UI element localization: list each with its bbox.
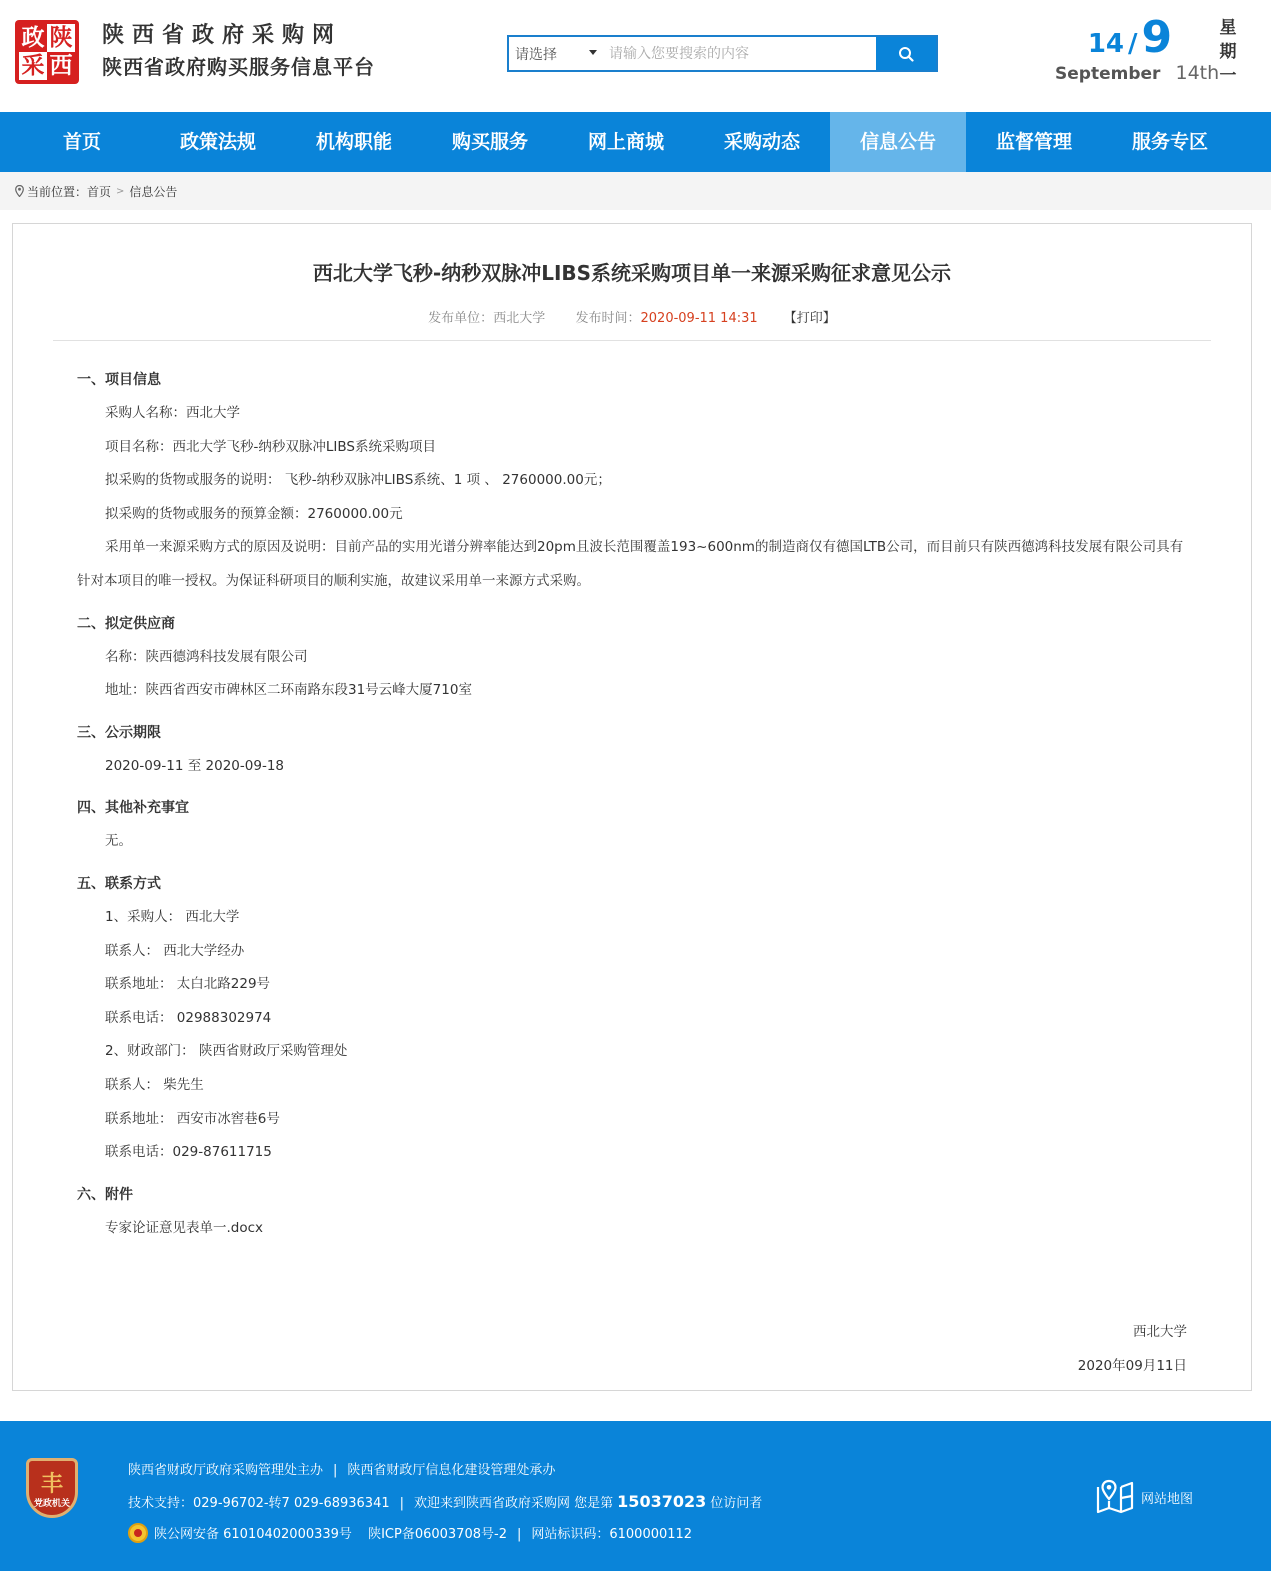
police-record-link[interactable]: 陕公网安备 61010402000339号 <box>154 1527 352 1542</box>
text-line: 拟采购的货物或服务的说明： 飞秒-纳秒双脉冲LIBS系统、1 项 、 27600… <box>77 464 1251 498</box>
divider: | <box>517 1527 521 1542</box>
organizer: 陕西省财政厅信息化建设管理处承办 <box>347 1463 555 1478</box>
article-title: 西北大学飞秒-纳秒双脉冲LIBS系统采购项目单一来源采购征求意见公示 <box>13 258 1251 288</box>
logo-seal[interactable]: 政 陕 采 西 <box>15 20 79 84</box>
text-line: 拟采购的货物或服务的预算金额：2760000.00元 <box>77 498 1251 532</box>
breadcrumb-current[interactable]: 信息公告 <box>129 183 177 200</box>
publish-time: 2020-09-11 14:31 <box>641 311 758 326</box>
nav-item-procurement-news[interactable]: 采购动态 <box>694 112 830 172</box>
caret-down-icon <box>589 50 597 55</box>
breadcrumb-home[interactable]: 首页 <box>87 183 111 200</box>
date-day: 14 <box>1088 29 1124 59</box>
attachment-link[interactable]: 专家论证意见表单一.docx <box>77 1212 1251 1246</box>
text-line: 2、财政部门： 陕西省财政厅采购管理处 <box>77 1035 1251 1069</box>
text-line: 联系地址： 太白北路229号 <box>77 968 1251 1002</box>
search-icon <box>898 46 914 62</box>
site-title: 陕西省政府采购网 <box>102 22 375 50</box>
breadcrumb-prefix: 当前位置： <box>27 183 87 200</box>
search-button[interactable] <box>876 37 936 70</box>
section-heading: 五、联系方式 <box>77 867 1251 901</box>
map-icon <box>1095 1479 1135 1515</box>
nav-item-supervision[interactable]: 监督管理 <box>966 112 1102 172</box>
date-month-number: 9 <box>1142 12 1173 63</box>
text-line: 无。 <box>77 825 1251 859</box>
emblem-icon: 丰 <box>29 1467 75 1498</box>
nav-item-service-zone[interactable]: 服务专区 <box>1102 112 1238 172</box>
footer-line-1: 陕西省财政厅政府采购管理处主办|陕西省财政厅信息化建设管理处承办 <box>128 1455 762 1486</box>
weekday-char: 期 <box>1217 40 1239 64</box>
visitor-count: 15037023 <box>617 1492 706 1511</box>
article-body: 一、项目信息 采购人名称：西北大学 项目名称：西北大学飞秒-纳秒双脉冲LIBS系… <box>13 341 1251 1245</box>
footer-line-2: 技术支持：029-96702-转7 029-68936341|欢迎来到陕西省政府… <box>128 1486 762 1519</box>
nav-item-agency[interactable]: 机构职能 <box>286 112 422 172</box>
logo-char: 陕 <box>47 24 75 52</box>
search-input[interactable] <box>601 37 876 70</box>
date-month-name: September <box>1055 64 1160 84</box>
text-line: 联系人： 柴先生 <box>77 1069 1251 1103</box>
publish-time-label: 发布时间： <box>575 311 640 326</box>
site-logo-text[interactable]: 陕西省政府采购网 陕西省政府购买服务信息平台 <box>102 22 375 82</box>
text-line: 项目名称：西北大学飞秒-纳秒双脉冲LIBS系统采购项目 <box>77 431 1251 465</box>
location-pin-icon <box>15 185 24 197</box>
sponsor: 陕西省财政厅政府采购管理处主办 <box>128 1463 323 1478</box>
site-id: 网站标识码：6100000112 <box>531 1527 692 1542</box>
welcome-suffix: 位访问者 <box>710 1496 762 1511</box>
nav-item-home[interactable]: 首页 <box>14 112 150 172</box>
text-line: 采购人名称：西北大学 <box>77 397 1251 431</box>
publisher-label: 发布单位： <box>428 311 493 326</box>
article-meta: 发布单位：西北大学 发布时间：2020-09-11 14:31 【打印】 <box>13 310 1251 328</box>
section-heading: 四、其他补充事宜 <box>77 791 1251 825</box>
date-separator: / <box>1128 29 1138 59</box>
footer-info: 陕西省财政厅政府采购管理处主办|陕西省财政厅信息化建设管理处承办 技术支持：02… <box>128 1455 762 1550</box>
text-line: 名称：陕西德鸿科技发展有限公司 <box>77 641 1251 675</box>
signature-org: 西北大学 <box>1133 1320 1187 1340</box>
date-display: 14/9 September 14th <box>1055 14 1205 84</box>
search-bar: 请选择 <box>507 35 938 72</box>
tech-support: 技术支持：029-96702-转7 029-68936341 <box>128 1496 390 1511</box>
weekday-char: 星 <box>1217 16 1239 40</box>
logo-char: 采 <box>19 52 47 80</box>
text-line: 2020-09-11 至 2020-09-18 <box>77 750 1251 784</box>
breadcrumb-separator: > <box>116 186 124 197</box>
logo-char: 西 <box>47 52 75 80</box>
nav-item-purchase-service[interactable]: 购买服务 <box>422 112 558 172</box>
nav-item-announcements[interactable]: 信息公告 <box>830 112 966 172</box>
date-ordinal: 14th <box>1176 62 1220 84</box>
reason-paragraph: 采用单一来源采购方式的原因及说明：目前产品的实用光谱分辨率能达到20pm且波长范… <box>77 531 1251 598</box>
search-category-select[interactable]: 请选择 <box>509 37 601 70</box>
party-gov-badge[interactable]: 丰 党政机关 <box>26 1458 78 1518</box>
site-footer: 丰 党政机关 陕西省财政厅政府采购管理处主办|陕西省财政厅信息化建设管理处承办 … <box>0 1421 1271 1571</box>
weekday-char: 一 <box>1217 64 1239 88</box>
police-badge-icon <box>128 1523 148 1543</box>
sitemap-label: 网站地图 <box>1141 1488 1193 1507</box>
nav-item-policy[interactable]: 政策法规 <box>150 112 286 172</box>
weekday: 星 期 一 <box>1217 16 1239 88</box>
text-line: 联系电话： 02988302974 <box>77 1002 1251 1036</box>
main-nav: 首页 政策法规 机构职能 购买服务 网上商城 采购动态 信息公告 监督管理 服务… <box>0 112 1271 172</box>
breadcrumb: 当前位置： 首页 > 信息公告 <box>0 172 1271 210</box>
text-line: 联系人： 西北大学经办 <box>77 935 1251 969</box>
print-button[interactable]: 【打印】 <box>784 311 836 326</box>
publisher: 西北大学 <box>493 311 545 326</box>
section-heading: 六、附件 <box>77 1178 1251 1212</box>
nav-item-online-mall[interactable]: 网上商城 <box>558 112 694 172</box>
text-line: 地址：陕西省西安市碑林区二环南路东段31号云峰大厦710室 <box>77 674 1251 708</box>
search-category-value: 请选择 <box>515 44 557 64</box>
signature-date: 2020年09月11日 <box>1078 1354 1187 1374</box>
welcome-text: 欢迎来到陕西省政府采购网 您是第 <box>414 1496 613 1511</box>
section-heading: 三、公示期限 <box>77 716 1251 750</box>
text-line: 联系电话：029-87611715 <box>77 1136 1251 1170</box>
divider: | <box>400 1496 404 1511</box>
icp-link[interactable]: 陕ICP备06003708号-2 <box>368 1527 507 1542</box>
text-line: 联系地址： 西安市冰窖巷6号 <box>77 1103 1251 1137</box>
sitemap-link[interactable]: 网站地图 <box>1095 1479 1193 1515</box>
article-card: 西北大学飞秒-纳秒双脉冲LIBS系统采购项目单一来源采购征求意见公示 发布单位：… <box>12 223 1252 1391</box>
divider: | <box>333 1463 337 1478</box>
footer-line-3: 陕公网安备 61010402000339号 陕ICP备06003708号-2|网… <box>128 1519 762 1550</box>
logo-char: 政 <box>19 24 47 52</box>
site-subtitle: 陕西省政府购买服务信息平台 <box>102 52 375 82</box>
section-heading: 一、项目信息 <box>77 363 1251 397</box>
text-line: 1、采购人： 西北大学 <box>77 901 1251 935</box>
section-heading: 二、拟定供应商 <box>77 607 1251 641</box>
site-header: 政 陕 采 西 陕西省政府采购网 陕西省政府购买服务信息平台 请选择 14/9 … <box>0 0 1271 112</box>
